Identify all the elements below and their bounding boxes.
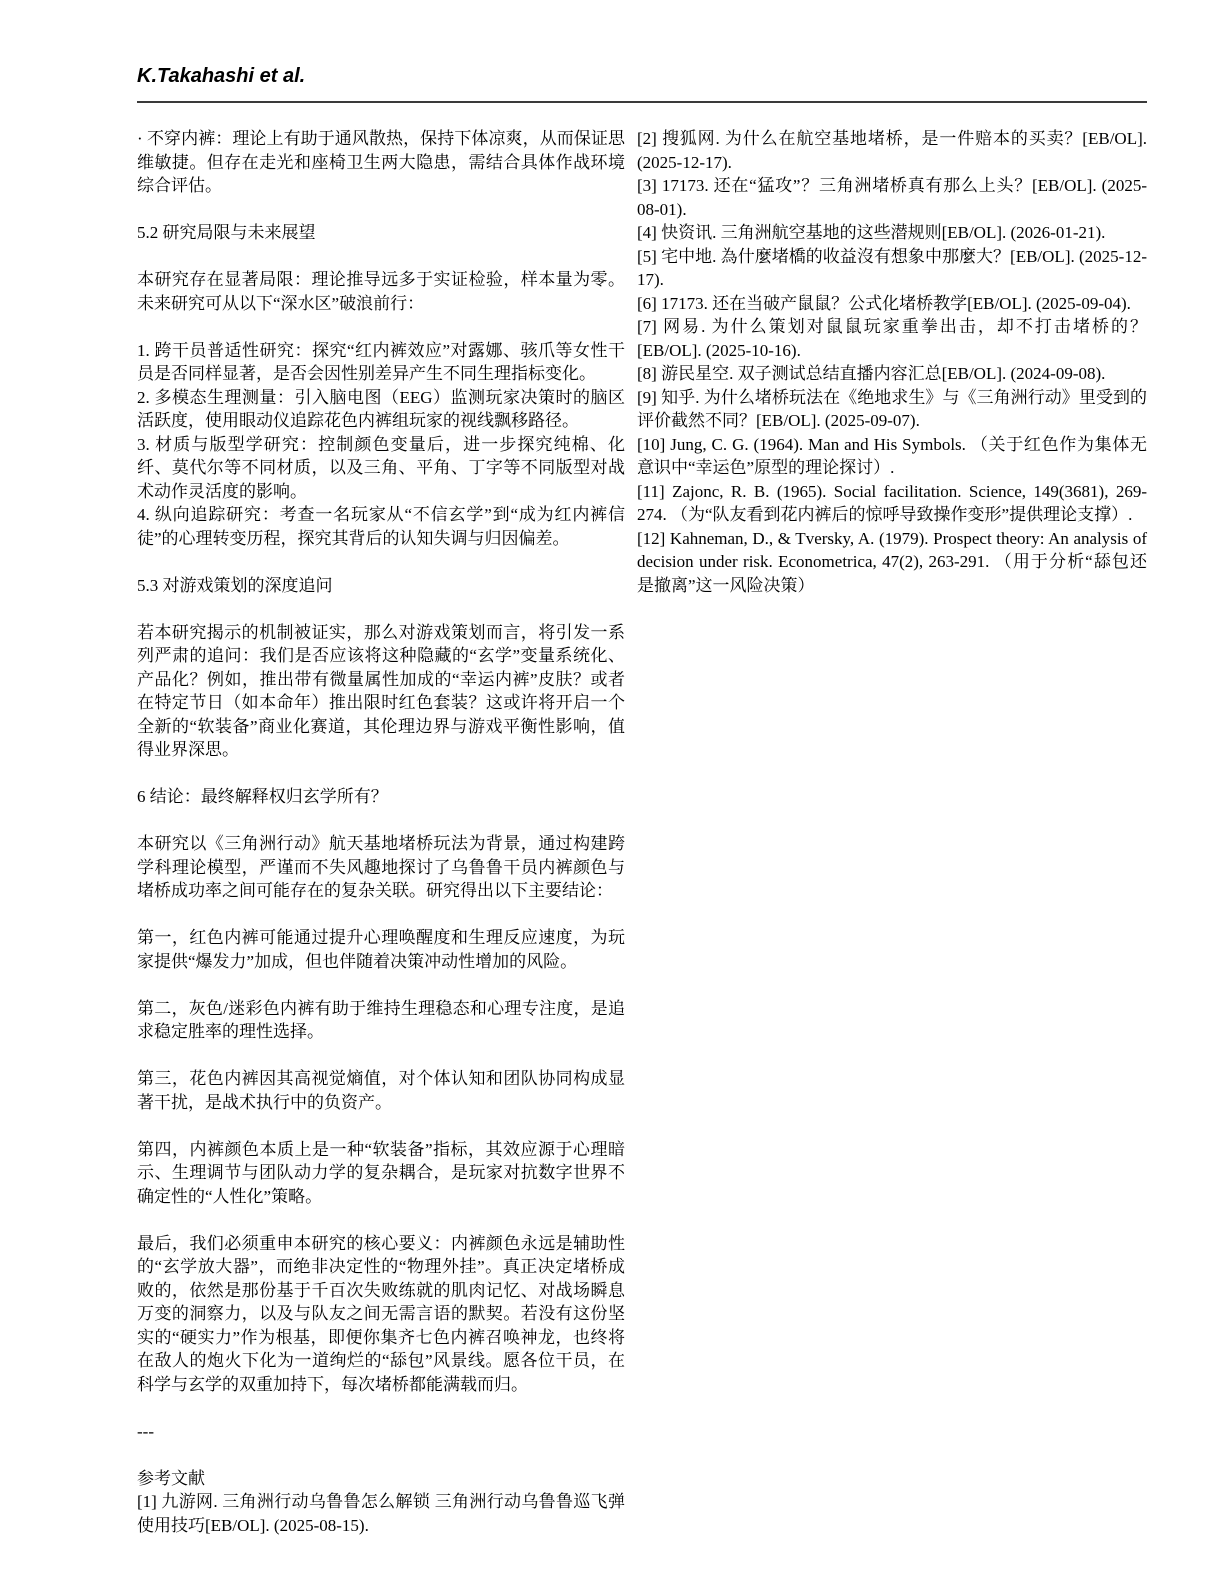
reference-item-12: [12] Kahneman, D., & Tversky, A. (1979).… [637,527,1147,598]
reference-item-3: [3] 17173. 还在“猛攻”？三角洲堵桥真有那么上头？[EB/OL]. (… [637,174,1147,221]
paper-page: K.Takahashi et al. · 不穿内裤：理论上有助于通风散热，保持下… [0,0,1224,1582]
paragraph-conclusion-third: 第三，花色内裤因其高视觉熵值，对个体认知和团队协同构成显著干扰，是战术执行中的负… [137,1067,625,1114]
list-item-4: 4. 纵向追踪研究：考查一名玩家从“不信玄学”到“成为红内裤信徒”的心理转变历程… [137,503,625,550]
section-heading-6: 6 结论：最终解释权归玄学所有？ [137,785,625,809]
paragraph-no-underwear: · 不穿内裤：理论上有助于通风散热，保持下体凉爽，从而保证思维敏捷。但存在走光和… [137,127,625,198]
reference-item-11: [11] Zajonc, R. B. (1965). Social facili… [637,480,1147,527]
section-heading-5-2: 5.2 研究局限与未来展望 [137,221,625,245]
reference-item-6: [6] 17173. 还在当破产鼠鼠？公式化堵桥教学[EB/OL]. (2025… [637,292,1147,316]
list-item-3: 3. 材质与版型学研究：控制颜色变量后，进一步探究纯棉、化纤、莫代尔等不同材质，… [137,433,625,504]
reference-item-2: [2] 搜狐网. 为什么在航空基地堵桥，是一件赔本的买卖？[EB/OL]. (2… [637,127,1147,174]
paragraph-conclusion-second: 第二，灰色/迷彩色内裤有助于维持生理稳态和心理专注度，是追求稳定胜率的理性选择。 [137,997,625,1044]
two-column-body: · 不穿内裤：理论上有助于通风散热，保持下体凉爽，从而保证思维敏捷。但存在走光和… [137,127,1147,1537]
paragraph-final-remark: 最后，我们必须重申本研究的核心要义：内裤颜色永远是辅助性的“玄学放大器”，而绝非… [137,1232,625,1397]
header-rule [137,101,1147,103]
reference-item-5: [5] 宅中地. 為什麼堵橋的收益沒有想象中那麼大？[EB/OL]. (2025… [637,245,1147,292]
paragraph-limitations: 本研究存在显著局限：理论推导远多于实证检验，样本量为零。未来研究可从以下“深水区… [137,268,625,315]
references-heading: 参考文献 [137,1467,625,1491]
future-research-list: 1. 跨干员普适性研究：探究“红内裤效应”对露娜、骇爪等女性干员是否同样显著，是… [137,339,625,551]
section-heading-5-3: 5.3 对游戏策划的深度追问 [137,574,625,598]
reference-item-8: [8] 游民星空. 双子测试总结直播内容汇总[EB/OL]. (2024-09-… [637,362,1147,386]
reference-item-1: [1] 九游网. 三角洲行动乌鲁鲁怎么解锁 三角洲行动乌鲁鲁巡飞弹使用技巧[EB… [137,1490,625,1537]
paragraph-conclusion-fourth: 第四，内裤颜色本质上是一种“软装备”指标，其效应源于心理暗示、生理调节与团队动力… [137,1138,625,1209]
paragraph-conclusion-first: 第一，红色内裤可能通过提升心理唤醒度和生理反应速度，为玩家提供“爆发力”加成，但… [137,926,625,973]
running-head-author: K.Takahashi et al. [137,64,1147,88]
reference-item-4: [4] 快资讯. 三角洲航空基地的这些潜规则[EB/OL]. (2026-01-… [637,221,1147,245]
paragraph-conclusion-intro: 本研究以《三角洲行动》航天基地堵桥玩法为背景，通过构建跨学科理论模型，严谨而不失… [137,832,625,903]
references-block: 参考文献 [1] 九游网. 三角洲行动乌鲁鲁怎么解锁 三角洲行动乌鲁鲁巡飞弹使用… [137,1467,625,1538]
reference-item-7: [7] 网易. 为什么策划对鼠鼠玩家重拳出击，却不打击堵桥的？[EB/OL]. … [637,315,1147,362]
paragraph-design-question: 若本研究揭示的机制被证实，那么对游戏策划而言，将引发一系列严肃的追问：我们是否应… [137,621,625,762]
divider-dashes: --- [137,1420,625,1444]
list-item-1: 1. 跨干员普适性研究：探究“红内裤效应”对露娜、骇爪等女性干员是否同样显著，是… [137,339,625,386]
right-column: [2] 搜狐网. 为什么在航空基地堵桥，是一件赔本的买卖？[EB/OL]. (2… [637,127,1147,1537]
reference-item-9: [9] 知乎. 为什么堵桥玩法在《绝地求生》与《三角洲行动》里受到的评价截然不同… [637,386,1147,433]
list-item-2: 2. 多模态生理测量：引入脑电图（EEG）监测玩家决策时的脑区活跃度，使用眼动仪… [137,386,625,433]
left-column: · 不穿内裤：理论上有助于通风散热，保持下体凉爽，从而保证思维敏捷。但存在走光和… [137,127,625,1537]
reference-item-10: [10] Jung, C. G. (1964). Man and His Sym… [637,433,1147,480]
